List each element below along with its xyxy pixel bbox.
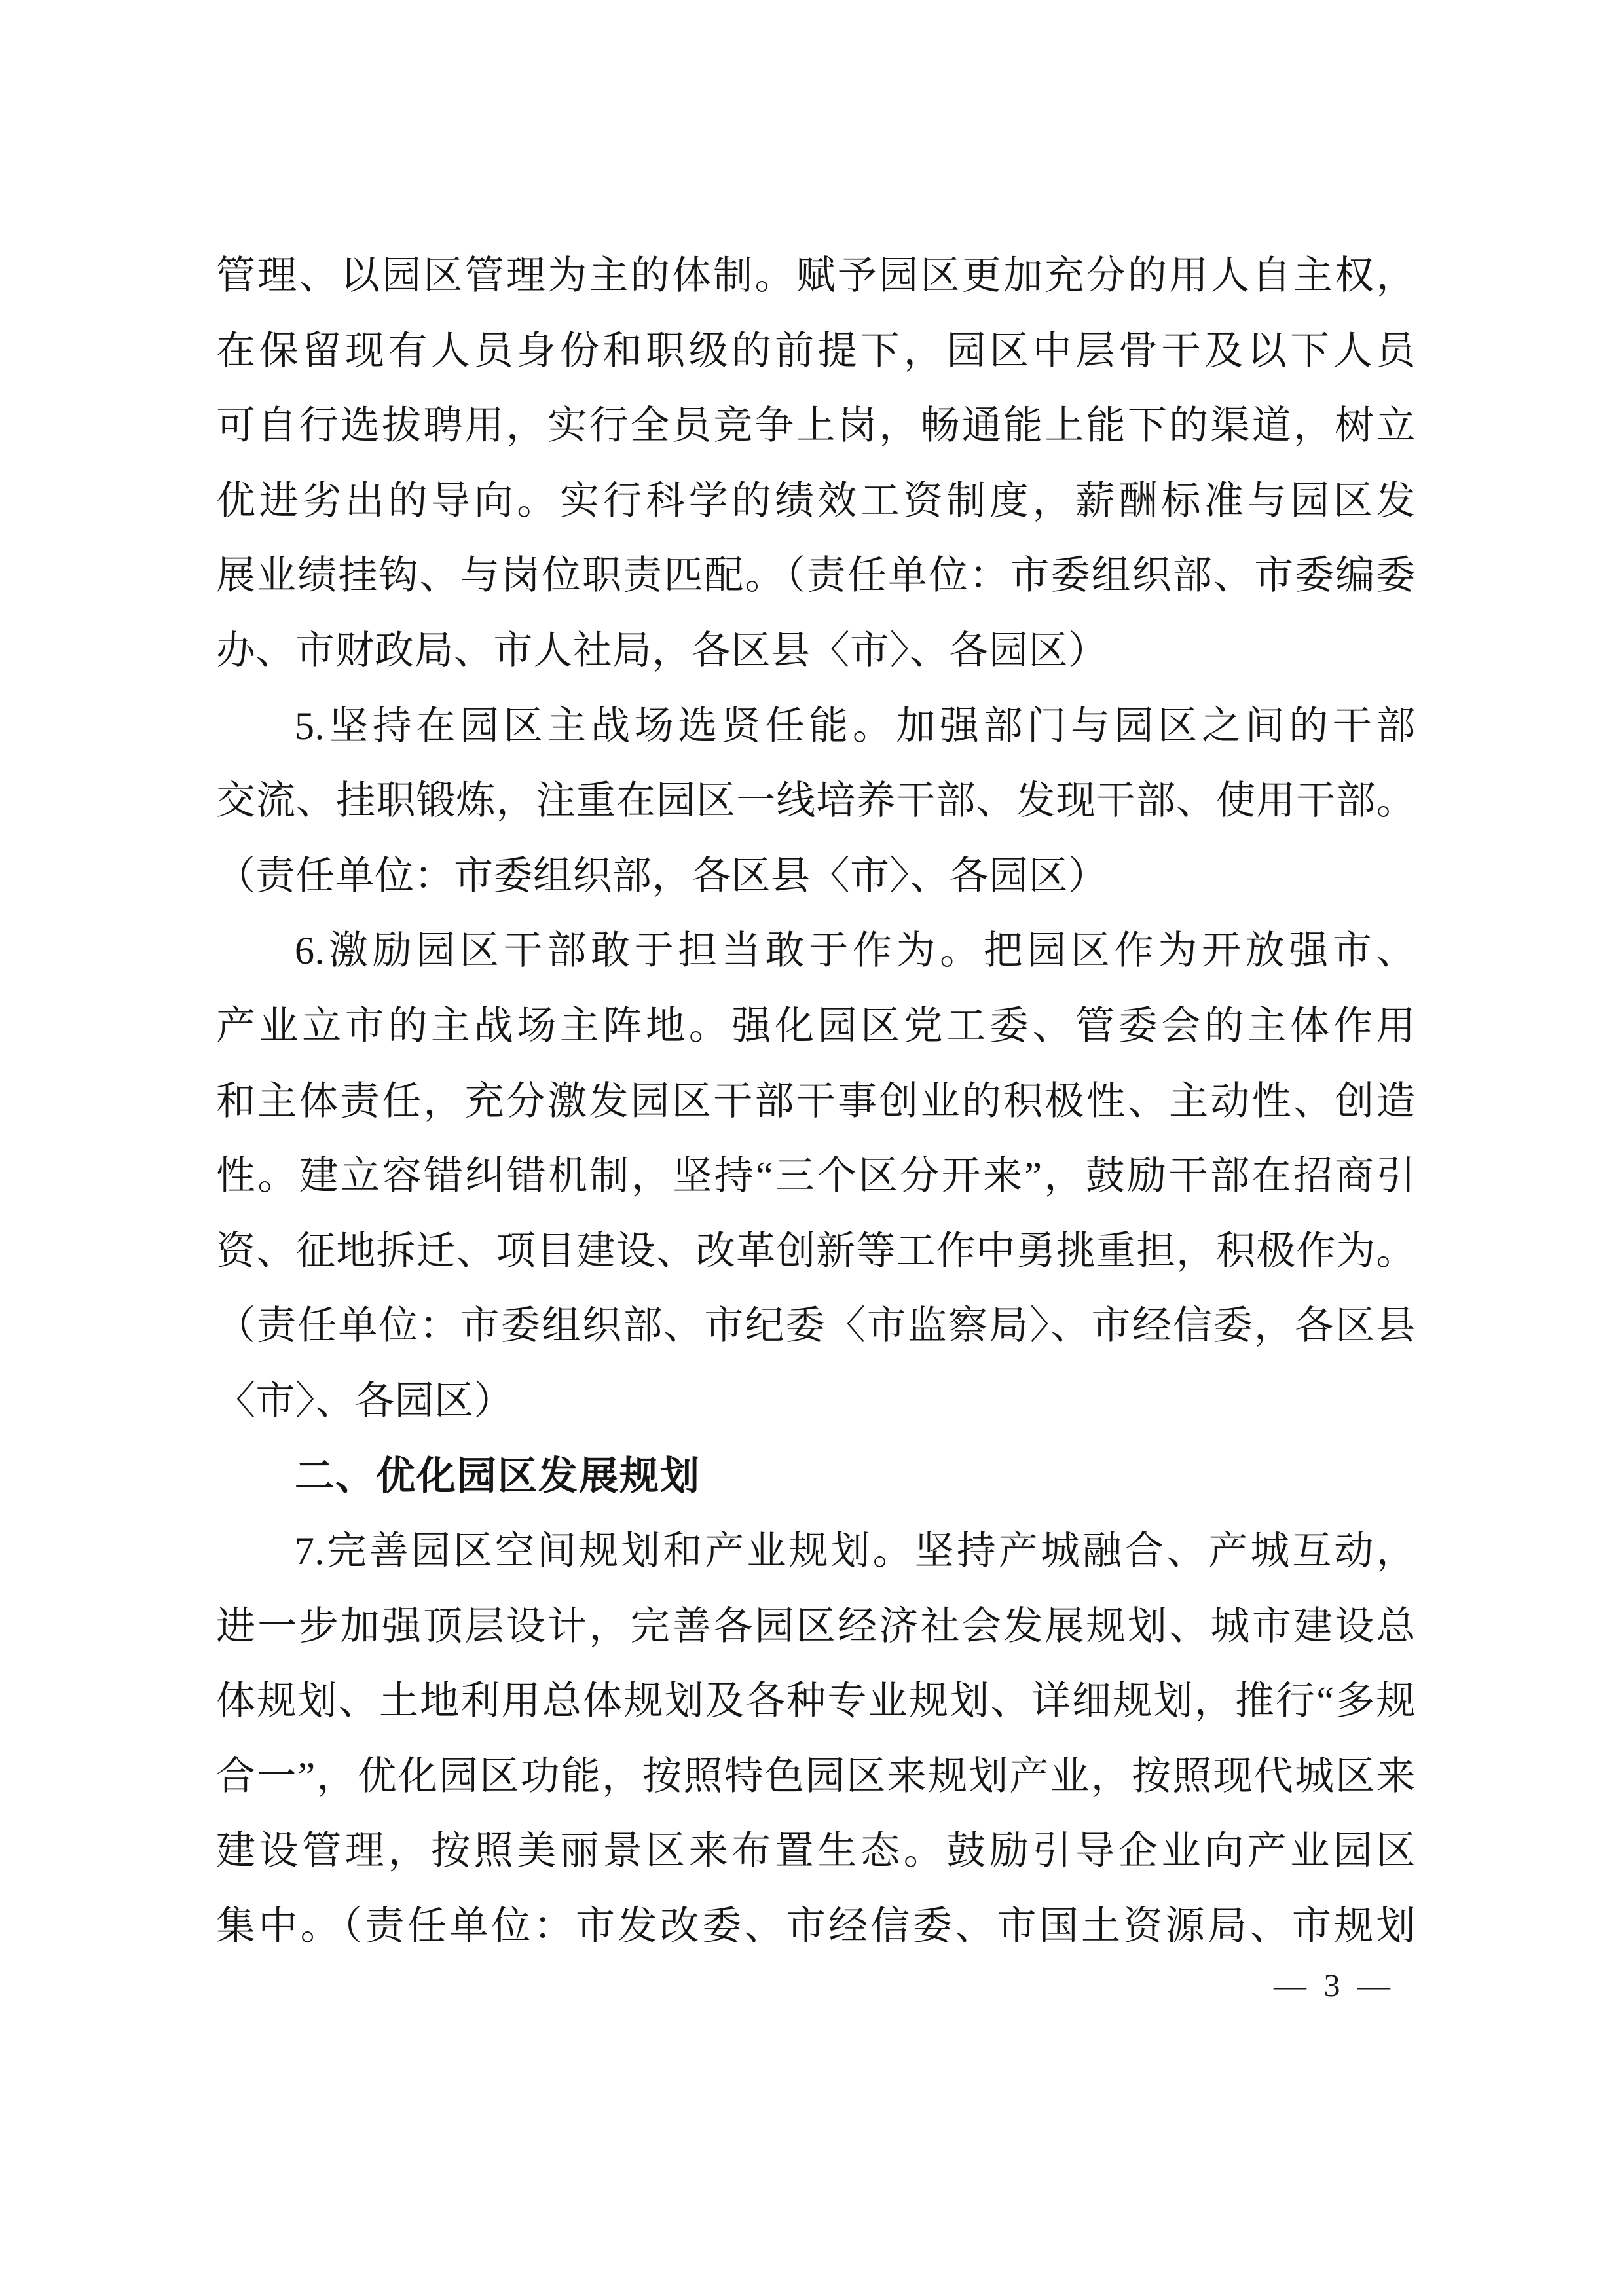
numbered-item-line: 6.激励园区干部敢于担当敢于作为。把园区作为开放强市、 — [216, 913, 1416, 989]
text-line: 〈市〉、各园区） — [216, 1364, 1416, 1439]
line-text: 坚持产城融合、产城互动， — [915, 1529, 1416, 1573]
lead-sentence: 激励园区干部敢于担当敢于作为。 — [325, 929, 984, 972]
numbered-item-line: 5.坚持在园区主战场选贤任能。加强部门与园区之间的干部 — [216, 689, 1416, 764]
text-line: 建设管理，按照美丽景区来布置生态。鼓励引导企业向产业园区 — [216, 1813, 1416, 1889]
text-line: 管理、以园区管理为主的体制。赋予园区更加充分的用人自主权， — [216, 238, 1416, 314]
text-line: 可自行选拔聘用，实行全员竞争上岗，畅通能上能下的渠道，树立 — [216, 388, 1416, 464]
text-line: 性。建立容错纠错机制，坚持“三个区分开来”，鼓励干部在招商引 — [216, 1139, 1416, 1214]
line-text: 加强部门与园区之间的干部 — [896, 704, 1416, 748]
item-number: 5. — [295, 704, 325, 748]
line-text: 把园区作为开放强市、 — [984, 929, 1416, 972]
lead-sentence: 坚持在园区主战场选贤任能。 — [325, 704, 896, 748]
section-heading: 二、优化园区发展规划 — [216, 1439, 1416, 1514]
text-line: 进一步加强顶层设计，完善各园区经济社会发展规划、城市建设总 — [216, 1589, 1416, 1664]
text-line: 在保留现有人员身份和职级的前提下，园区中层骨干及以下人员 — [216, 314, 1416, 389]
text-line: （责任单位：市委组织部，各区县〈市〉、各园区） — [216, 839, 1416, 914]
text-line: 办、市财政局、市人社局，各区县〈市〉、各园区） — [216, 613, 1416, 689]
document-page: 管理、以园区管理为主的体制。赋予园区更加充分的用人自主权， 在保留现有人员身份和… — [0, 0, 1624, 2296]
text-line: 集中。（责任单位：市发改委、市经信委、市国土资源局、市规划局， — [216, 1889, 1416, 1964]
text-line: （责任单位：市委组织部、市纪委〈市监察局〉、市经信委，各区县 — [216, 1288, 1416, 1364]
item-number: 6. — [295, 929, 325, 972]
text-line: 交流、挂职锻炼，注重在园区一线培养干部、发现干部、使用干部。 — [216, 763, 1416, 839]
text-line: 和主体责任，充分激发园区干部干事创业的积极性、主动性、创造 — [216, 1064, 1416, 1139]
text-line: 资、征地拆迁、项目建设、改革创新等工作中勇挑重担，积极作为。 — [216, 1214, 1416, 1289]
numbered-item-line: 7.完善园区空间规划和产业规划。坚持产城融合、产城互动， — [216, 1514, 1416, 1589]
text-line: 体规划、土地利用总体规划及各种专业规划、详细规划，推行“多规 — [216, 1664, 1416, 1739]
text-line: 合一”，优化园区功能，按照特色园区来规划产业，按照现代城区来 — [216, 1739, 1416, 1814]
item-number: 7. — [295, 1529, 325, 1573]
text-line: 产业立市的主战场主阵地。强化园区党工委、管委会的主体作用 — [216, 989, 1416, 1064]
page-number: — 3 — — [1274, 1965, 1395, 2005]
text-line: 优进劣出的导向。实行科学的绩效工资制度，薪酬标准与园区发 — [216, 464, 1416, 539]
text-line: 展业绩挂钩、与岗位职责匹配。（责任单位：市委组织部、市委编委 — [216, 538, 1416, 613]
document-body: 管理、以园区管理为主的体制。赋予园区更加充分的用人自主权， 在保留现有人员身份和… — [216, 238, 1416, 1964]
lead-sentence: 完善园区空间规划和产业规划。 — [325, 1529, 915, 1573]
